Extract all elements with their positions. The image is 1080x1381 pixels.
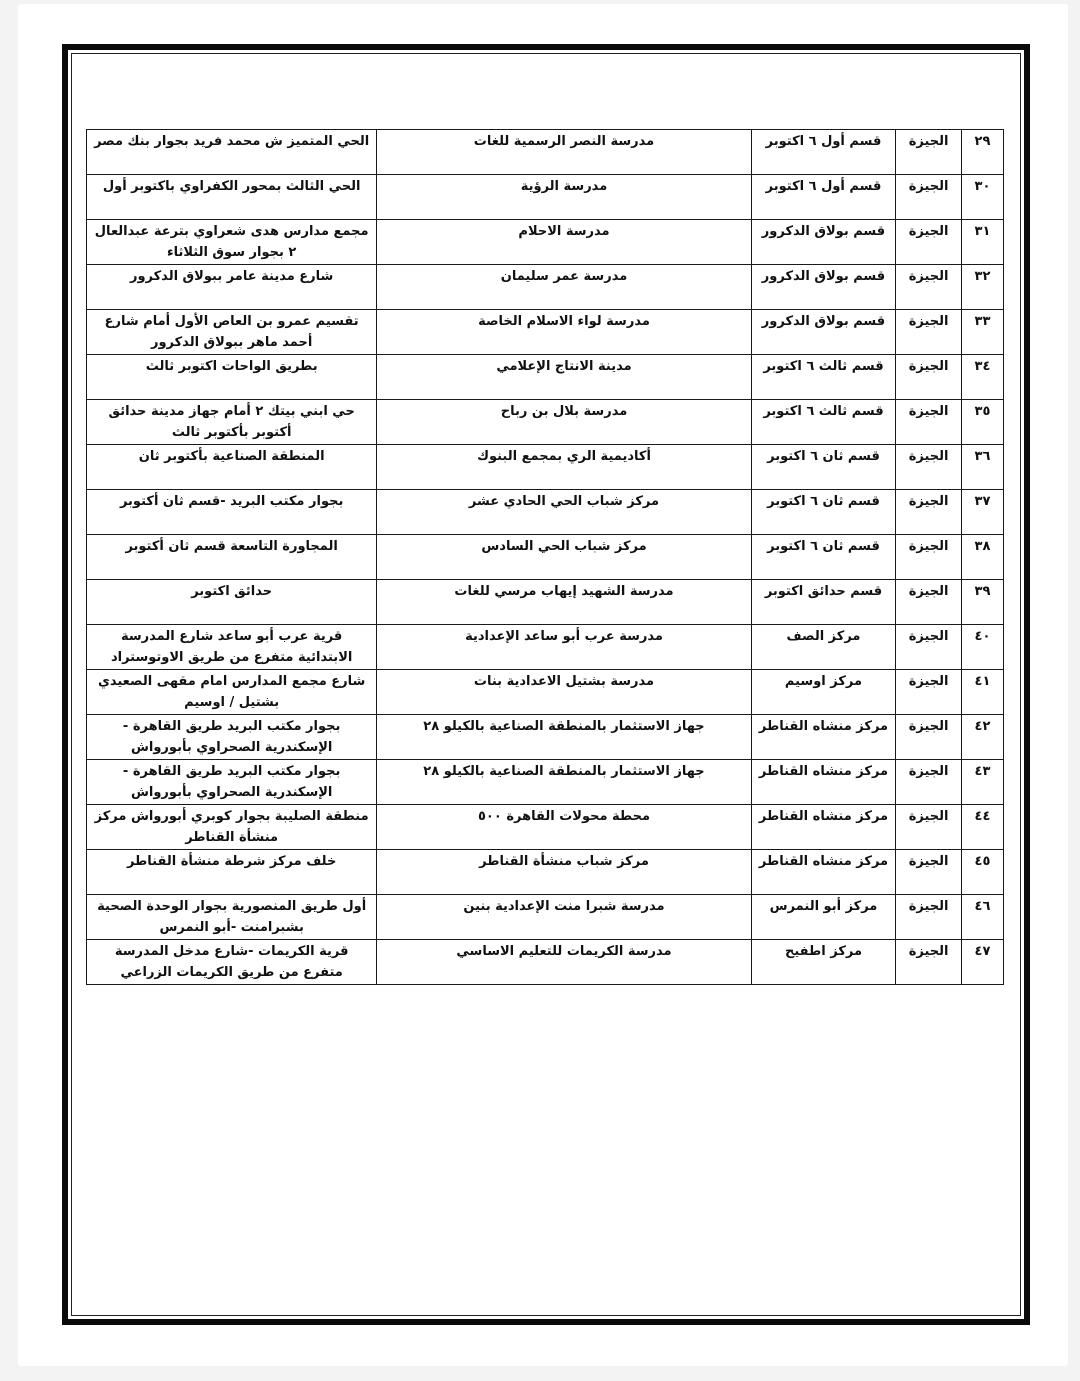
school-name-cell: أكاديمية الري بمجمع البنوك [377,445,751,490]
school-name-cell: مدرسة بشتيل الاعدادية بنات [377,670,751,715]
district-cell: قسم بولاق الدكرور [751,220,896,265]
district-cell: قسم حدائق اكتوبر [751,580,896,625]
row-number-cell: ٣٨ [961,535,1003,580]
district-cell: قسم ثالث ٦ اكتوبر [751,400,896,445]
school-name-cell: مدرسة الكريمات للتعليم الاساسي [377,940,751,985]
address-cell: أول طريق المنصورية بجوار الوحدة الصحية ب… [87,895,377,940]
governorate-cell: الجيزة [896,580,962,625]
district-cell: قسم أول ٦ اكتوبر [751,130,896,175]
governorate-cell: الجيزة [896,670,962,715]
address-cell: الحي المتميز ش محمد فريد بجوار بنك مصر [87,130,377,175]
school-name-cell: مدرسة النصر الرسمية للغات [377,130,751,175]
school-name-cell: مدرسة بلال بن رباح [377,400,751,445]
governorate-cell: الجيزة [896,175,962,220]
governorate-cell: الجيزة [896,130,962,175]
district-cell: قسم أول ٦ اكتوبر [751,175,896,220]
table-row: ٤٢الجيزةمركز منشاه القناطرجهاز الاستثمار… [87,715,1004,760]
address-cell: حدائق اكتوبر [87,580,377,625]
address-cell: تقسيم عمرو بن العاص الأول أمام شارع أحمد… [87,310,377,355]
address-cell: بجوار مكتب البريد طريق القاهرة - الإسكند… [87,715,377,760]
school-name-cell: مدرسة الرؤية [377,175,751,220]
row-number-cell: ٤٥ [961,850,1003,895]
row-number-cell: ٣٥ [961,400,1003,445]
school-name-cell: مدرسة لواء الاسلام الخاصة [377,310,751,355]
table-row: ٤٤الجيزةمركز منشاه القناطرمحطة محولات ال… [87,805,1004,850]
district-cell: قسم ثالث ٦ اكتوبر [751,355,896,400]
table-row: ٣٧الجيزةقسم ثان ٦ اكتوبرمركز شباب الحي ا… [87,490,1004,535]
school-name-cell: مركز شباب الحي الحادي عشر [377,490,751,535]
address-cell: بجوار مكتب البريد طريق القاهرة - الإسكند… [87,760,377,805]
table-row: ٣٢الجيزةقسم بولاق الدكرورمدرسة عمر سليما… [87,265,1004,310]
table-row: ٣٠الجيزةقسم أول ٦ اكتوبرمدرسة الرؤيةالحي… [87,175,1004,220]
address-cell: بجوار مكتب البريد -قسم ثان أكتوبر [87,490,377,535]
address-cell: قرية عرب أبو ساعد شارع المدرسة الابتدائي… [87,625,377,670]
row-number-cell: ٣٣ [961,310,1003,355]
row-number-cell: ٣٧ [961,490,1003,535]
table-row: ٣٤الجيزةقسم ثالث ٦ اكتوبرمدينة الانتاج ا… [87,355,1004,400]
address-cell: المجاورة التاسعة قسم ثان أكتوبر [87,535,377,580]
school-name-cell: مدرسة عرب أبو ساعد الإعدادية [377,625,751,670]
district-cell: قسم ثان ٦ اكتوبر [751,535,896,580]
district-cell: مركز منشاه القناطر [751,760,896,805]
governorate-cell: الجيزة [896,445,962,490]
row-number-cell: ٣٠ [961,175,1003,220]
address-cell: المنطقة الصناعية بأكتوبر ثان [87,445,377,490]
table-body: ٢٩الجيزةقسم أول ٦ اكتوبرمدرسة النصر الرس… [87,130,1004,985]
table-row: ٢٩الجيزةقسم أول ٦ اكتوبرمدرسة النصر الرس… [87,130,1004,175]
row-number-cell: ٤٦ [961,895,1003,940]
address-cell: مجمع مدارس هدى شعراوي بترعة عبدالعال ٢ ب… [87,220,377,265]
governorate-cell: الجيزة [896,535,962,580]
school-name-cell: مركز شباب الحي السادس [377,535,751,580]
governorate-cell: الجيزة [896,400,962,445]
table-row: ٤٥الجيزةمركز منشاه القناطرمركز شباب منشأ… [87,850,1004,895]
school-locations-table: ٢٩الجيزةقسم أول ٦ اكتوبرمدرسة النصر الرس… [86,129,1004,985]
table-row: ٤٠الجيزةمركز الصفمدرسة عرب أبو ساعد الإع… [87,625,1004,670]
governorate-cell: الجيزة [896,805,962,850]
governorate-cell: الجيزة [896,490,962,535]
table-row: ٣٨الجيزةقسم ثان ٦ اكتوبرمركز شباب الحي ا… [87,535,1004,580]
row-number-cell: ٤٠ [961,625,1003,670]
school-name-cell: مدرسة الشهيد إيهاب مرسي للغات [377,580,751,625]
governorate-cell: الجيزة [896,850,962,895]
governorate-cell: الجيزة [896,310,962,355]
table-row: ٣٦الجيزةقسم ثان ٦ اكتوبرأكاديمية الري بم… [87,445,1004,490]
table-row: ٣١الجيزةقسم بولاق الدكرورمدرسة الاحلاممج… [87,220,1004,265]
district-cell: مركز منشاه القناطر [751,850,896,895]
row-number-cell: ٣٩ [961,580,1003,625]
district-cell: قسم ثان ٦ اكتوبر [751,445,896,490]
school-name-cell: جهاز الاستثمار بالمنطقة الصناعية بالكيلو… [377,715,751,760]
row-number-cell: ٤٤ [961,805,1003,850]
district-cell: مركز أبو النمرس [751,895,896,940]
table-row: ٣٣الجيزةقسم بولاق الدكرورمدرسة لواء الاس… [87,310,1004,355]
district-cell: مركز الصف [751,625,896,670]
governorate-cell: الجيزة [896,355,962,400]
table-row: ٤٧الجيزةمركز اطفيحمدرسة الكريمات للتعليم… [87,940,1004,985]
district-cell: مركز اوسيم [751,670,896,715]
address-cell: خلف مركز شرطة منشأة القناطر [87,850,377,895]
address-cell: بطريق الواحات اكتوبر ثالث [87,355,377,400]
governorate-cell: الجيزة [896,895,962,940]
row-number-cell: ٣٢ [961,265,1003,310]
row-number-cell: ٣٦ [961,445,1003,490]
school-name-cell: محطة محولات القاهرة ٥٠٠ [377,805,751,850]
district-cell: قسم بولاق الدكرور [751,265,896,310]
row-number-cell: ٤١ [961,670,1003,715]
district-cell: قسم بولاق الدكرور [751,310,896,355]
address-cell: الحي الثالث بمحور الكفراوي باكتوبر أول [87,175,377,220]
table-row: ٤٦الجيزةمركز أبو النمرسمدرسة شبرا منت ال… [87,895,1004,940]
school-name-cell: مدرسة عمر سليمان [377,265,751,310]
table-row: ٤١الجيزةمركز اوسيممدرسة بشتيل الاعدادية … [87,670,1004,715]
school-name-cell: مدرسة شبرا منت الإعدادية بنين [377,895,751,940]
district-cell: مركز منشاه القناطر [751,715,896,760]
address-cell: شارع مجمع المدارس امام مقهى الصعيدي بشتي… [87,670,377,715]
school-name-cell: مدرسة الاحلام [377,220,751,265]
table-row: ٣٥الجيزةقسم ثالث ٦ اكتوبرمدرسة بلال بن ر… [87,400,1004,445]
row-number-cell: ٢٩ [961,130,1003,175]
governorate-cell: الجيزة [896,265,962,310]
table-row: ٤٣الجيزةمركز منشاه القناطرجهاز الاستثمار… [87,760,1004,805]
governorate-cell: الجيزة [896,760,962,805]
governorate-cell: الجيزة [896,220,962,265]
school-name-cell: جهاز الاستثمار بالمنطقة الصناعية بالكيلو… [377,760,751,805]
governorate-cell: الجيزة [896,940,962,985]
district-cell: مركز اطفيح [751,940,896,985]
address-cell: شارع مدينة عامر ببولاق الدكرور [87,265,377,310]
school-name-cell: مركز شباب منشأة القناطر [377,850,751,895]
address-cell: قرية الكريمات -شارع مدخل المدرسة متفرع م… [87,940,377,985]
district-cell: مركز منشاه القناطر [751,805,896,850]
address-cell: منطقة الصليبة بجوار كوبري أبورواش مركز م… [87,805,377,850]
row-number-cell: ٤٢ [961,715,1003,760]
row-number-cell: ٤٣ [961,760,1003,805]
row-number-cell: ٤٧ [961,940,1003,985]
row-number-cell: ٣٤ [961,355,1003,400]
table-row: ٣٩الجيزةقسم حدائق اكتوبرمدرسة الشهيد إيه… [87,580,1004,625]
address-cell: حي ابني بيتك ٢ أمام جهاز مدينة حدائق أكت… [87,400,377,445]
governorate-cell: الجيزة [896,625,962,670]
district-cell: قسم ثان ٦ اكتوبر [751,490,896,535]
governorate-cell: الجيزة [896,715,962,760]
school-name-cell: مدينة الانتاج الإعلامي [377,355,751,400]
row-number-cell: ٣١ [961,220,1003,265]
